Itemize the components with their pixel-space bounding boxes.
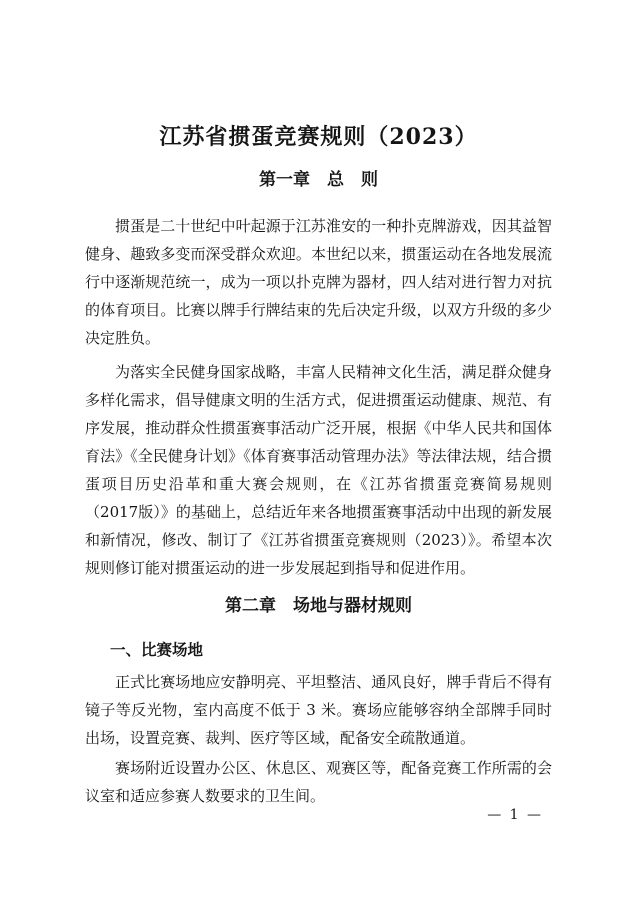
document-title: 江苏省掼蛋竞赛规则（2023） — [85, 122, 552, 152]
chapter-1-paragraph-1: 掼蛋是二十世纪中叶起源于江苏淮安的一种扑克牌游戏，因其益智健身、趣致多变而深受群… — [85, 212, 552, 352]
document-page: 江苏省掼蛋竞赛规则（2023） 第一章 总 则 掼蛋是二十世纪中叶起源于江苏淮安… — [0, 0, 637, 900]
section-1-paragraph-1: 正式比赛场地应安静明亮、平坦整洁、通风良好，牌手背后不得有镜子等反光物，室内高度… — [85, 668, 552, 752]
page-number: — 1 — — [487, 806, 543, 824]
chapter-1-heading: 第一章 总 则 — [85, 168, 552, 192]
section-1-paragraph-2: 赛场附近设置办公区、休息区、观赛区等，配备竞赛工作所需的会议室和适应参赛人数要求… — [85, 754, 552, 810]
section-1-heading: 一、比赛场地 — [110, 640, 552, 660]
chapter-1-paragraph-2: 为落实全民健身国家战略，丰富人民精神文化生活，满足群众健身多样化需求，倡导健康文… — [85, 358, 552, 582]
chapter-2-heading: 第二章 场地与器材规则 — [85, 594, 552, 618]
